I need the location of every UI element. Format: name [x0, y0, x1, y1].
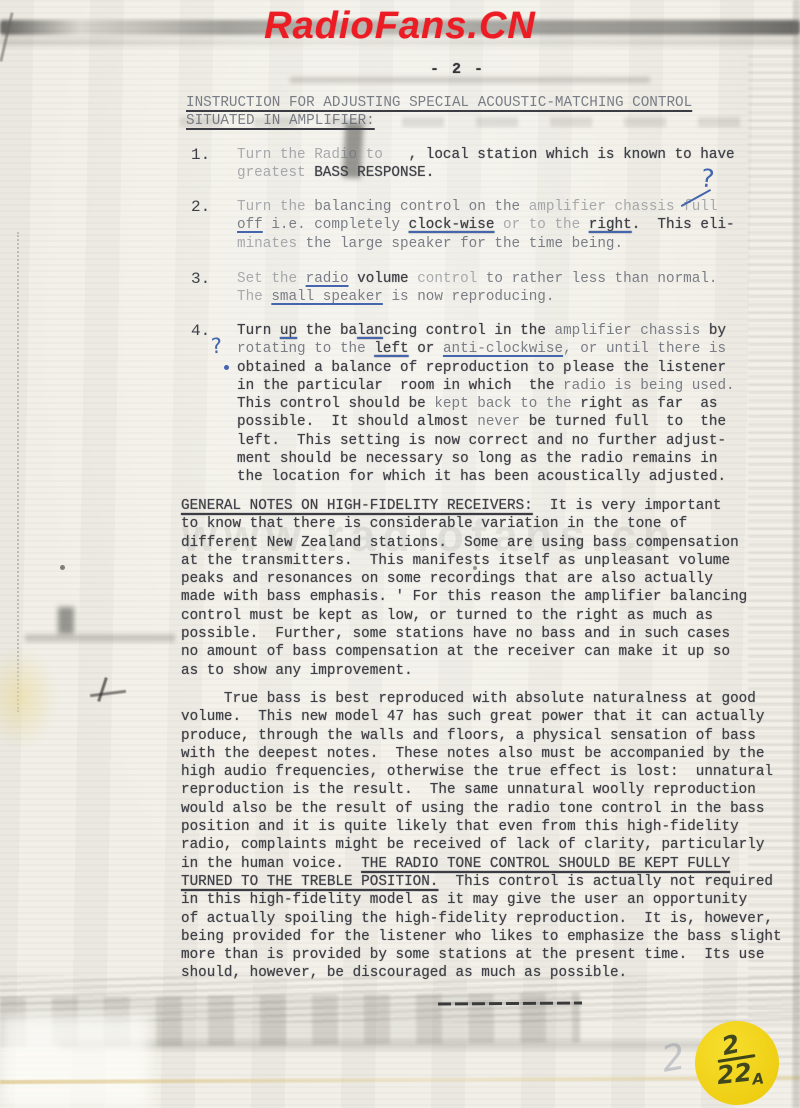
scan-edge-right — [793, 0, 800, 1108]
page-ref-sticker: 2 22A — [691, 1017, 783, 1108]
paper-stain-left — [0, 648, 57, 748]
brand-watermark: RadioFans.CN — [0, 5, 800, 48]
page-number: - 2 - — [430, 61, 485, 78]
general-notes-paragraph: GENERAL NOTES ON HIGH-FIDELITY RECEIVERS… — [181, 497, 747, 680]
annotation-question-mark: ? — [210, 334, 223, 359]
handwritten-scribble — [90, 690, 126, 697]
scan-ink-blob-left — [58, 607, 74, 634]
paper-corner-light — [0, 1015, 150, 1108]
scan-noise-bottom-3 — [60, 1040, 760, 1050]
item-number: 3. — [191, 270, 237, 307]
item-body: Turn up the balancing control in the amp… — [237, 322, 735, 487]
annotation-pen-dot — [224, 365, 229, 370]
list-item-2: 2. Turn the balancing control on the amp… — [191, 198, 735, 253]
scan-smudge-left — [25, 634, 175, 642]
handwritten-scribble — [97, 677, 108, 702]
item-body: Turn the balancing control on the amplif… — [237, 198, 735, 253]
scan-noise-bottom-2 — [0, 992, 580, 1047]
list-item-3: 3. Set the radio volume control to rathe… — [191, 270, 717, 307]
list-item-1: 1. Turn the Radio to , local station whi… — [191, 146, 735, 183]
sticker-suffix: A — [751, 1069, 764, 1088]
scanned-document-page: www.radiofans.cn RadioFans.CN - 2 - INST… — [0, 0, 800, 1108]
list-item-4: 4. Turn up the balancing control in the … — [191, 322, 735, 487]
scan-spot — [60, 565, 65, 570]
document-title: INSTRUCTION FOR ADJUSTING SPECIAL ACOUST… — [186, 94, 692, 131]
typed-divider-line — [438, 1001, 582, 1005]
scan-fold-line-left — [17, 232, 19, 712]
ghost-page-ref: 2 — [659, 1036, 689, 1080]
sticker-numerator: 2 — [720, 1032, 742, 1057]
item-number: 1. — [191, 146, 237, 183]
item-body: Turn the Radio to , local station which … — [237, 146, 735, 183]
true-bass-paragraph: True bass is best reproduced with absolu… — [181, 690, 782, 983]
item-body: Set the radio volume control to rather l… — [237, 270, 717, 307]
item-number: 2. — [191, 198, 237, 253]
sticker-denominator: 22A — [716, 1059, 765, 1095]
